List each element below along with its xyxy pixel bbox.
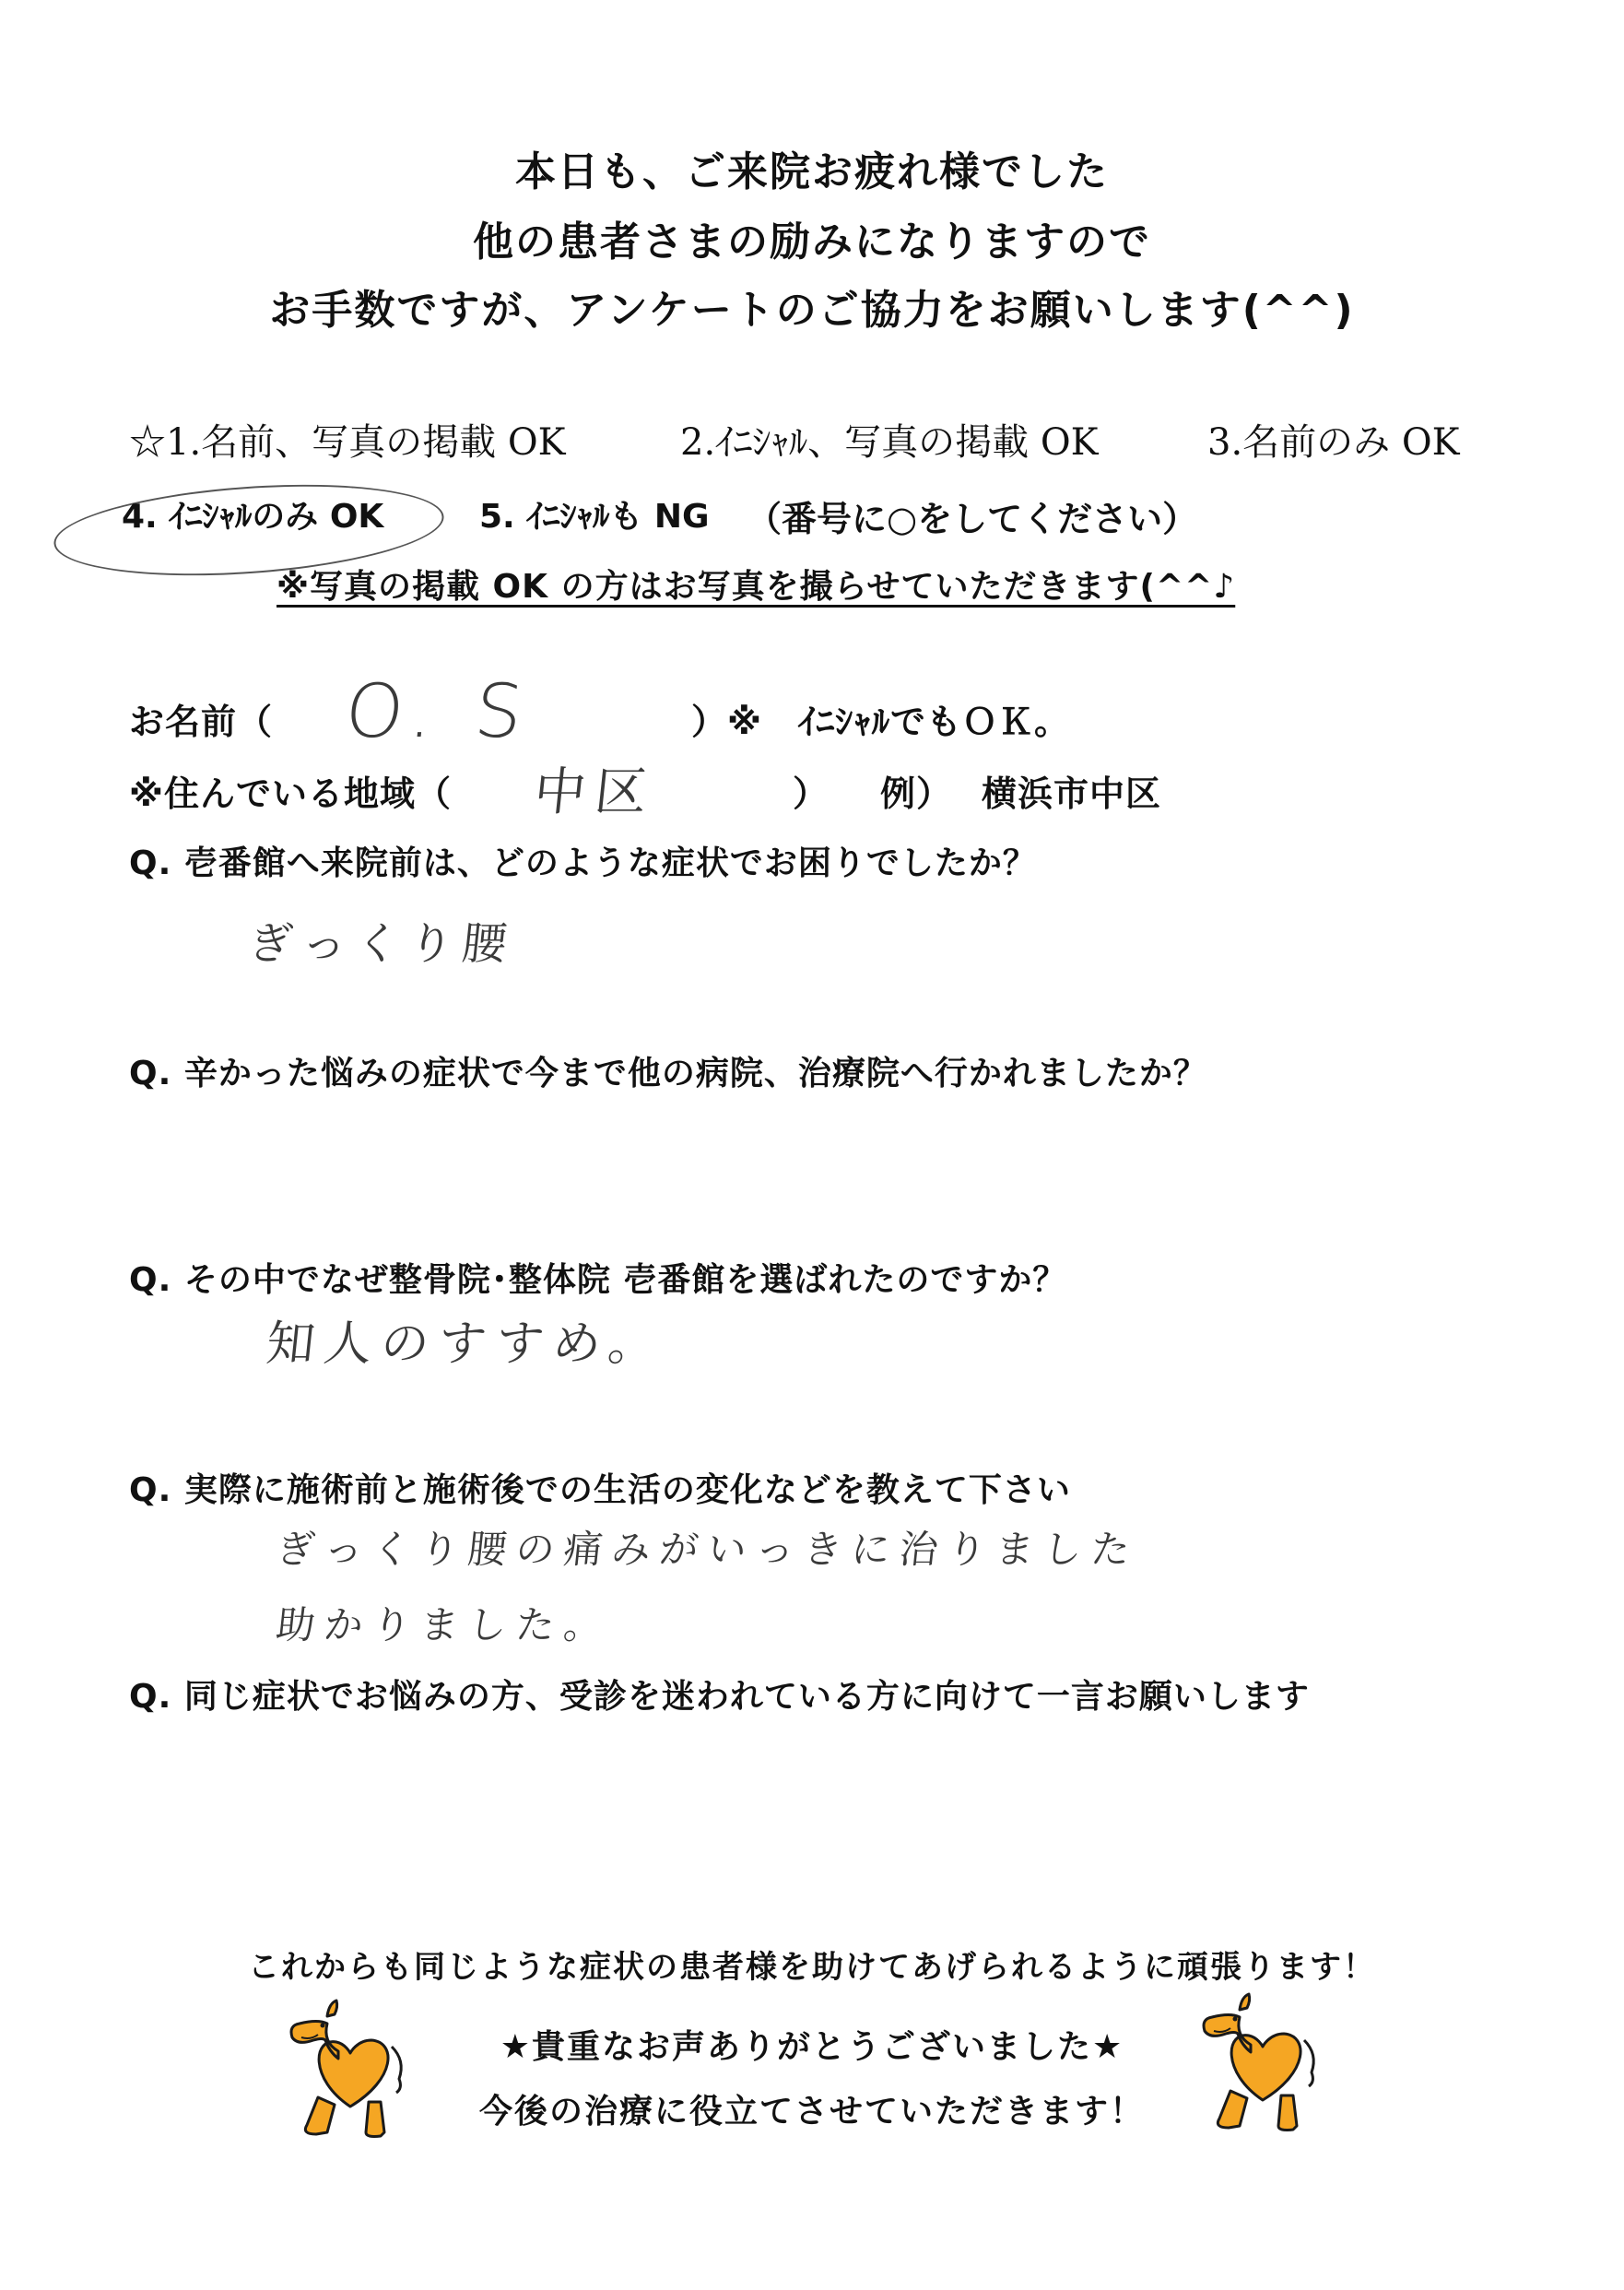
consent-option-5[interactable]: 5. ｲﾆｼｬﾙも NG bbox=[479, 490, 710, 537]
area-input[interactable]: 中区 bbox=[531, 751, 660, 825]
camel-mascot-icon-left bbox=[281, 1987, 419, 2143]
name-close-note: ）※ ｲﾆｼｬﾙでもＯＫ。 bbox=[691, 693, 1070, 744]
option-label: ｲﾆｼｬﾙ、写真の掲載 OK bbox=[715, 421, 1098, 464]
option-number: ☆1. bbox=[129, 421, 201, 464]
header-line-3: お手数ですが、アンケートのご協力をお願いします(^^) bbox=[0, 277, 1624, 336]
question-1: Q. 壱番館へ来院前は、どのような症状でお困りでしたか？ bbox=[129, 837, 1037, 884]
photo-note: ※写真の掲載 OK の方はお写真を撮らせていただきます(^^♪ bbox=[277, 561, 1235, 608]
answer-5-empty[interactable] bbox=[184, 1733, 1475, 1899]
question-4: Q. 実際に施術前と施術後での生活の変化などを教えて下さい bbox=[129, 1464, 1071, 1511]
header-line-2: 他の患者さまの励みになりますので bbox=[0, 208, 1624, 267]
name-input[interactable]: O. S bbox=[341, 668, 535, 754]
consent-option-1[interactable]: ☆1.名前、写真の掲載 OK bbox=[129, 413, 566, 466]
option-label: ｲﾆｼｬﾙも NG bbox=[526, 498, 709, 536]
question-3: Q. その中でなぜ整骨院･整体院 壱番館を選ばれたのですか？ bbox=[129, 1254, 1066, 1301]
consent-option-4[interactable]: 4. ｲﾆｼｬﾙのみ OK bbox=[122, 490, 383, 537]
question-5: Q. 同じ症状でお悩みの方、受診を迷われている方に向けて一言お願いします bbox=[129, 1670, 1310, 1717]
footer-line-2: ★貴重なお声ありがとうございました★ bbox=[0, 2021, 1624, 2068]
camel-mascot-icon-right bbox=[1194, 1980, 1332, 2137]
option-label: ｲﾆｼｬﾙのみ OK bbox=[169, 498, 383, 536]
option-label: 名前、写真の掲載 OK bbox=[201, 421, 565, 464]
circle-instruction: （番号に○をしてください） bbox=[747, 490, 1197, 541]
answer-3-line-1[interactable]: 知人のすすめ。 bbox=[264, 1304, 669, 1374]
name-label: お名前（ bbox=[129, 693, 273, 744]
answer-1-line-1[interactable]: ぎっくり腰 bbox=[245, 908, 519, 972]
header-line-1: 本日も、ご来院お疲れ様でした bbox=[0, 138, 1624, 197]
area-label: ※住んでいる地域（ bbox=[129, 765, 452, 816]
area-example-value: 横浜市中区 bbox=[982, 765, 1161, 816]
answer-4-line-2[interactable]: 助かりました。 bbox=[274, 1595, 615, 1650]
option-number: 2. bbox=[680, 421, 715, 464]
option-number: 5. bbox=[479, 498, 515, 536]
consent-option-2[interactable]: 2.ｲﾆｼｬﾙ、写真の掲載 OK bbox=[680, 413, 1099, 466]
answer-4-line-1[interactable]: ぎっくり腰の痛みがいっきに治りました bbox=[274, 1519, 1142, 1575]
footer-line-1: これからも同じような症状の患者様を助けてあげられるように頑張ります！ bbox=[0, 1942, 1624, 1987]
footer-line-3: 今後の治療に役立てさせていただきます！ bbox=[0, 2085, 1624, 2132]
area-example-label: 例） bbox=[880, 765, 952, 816]
option-label: 名前のみ OK bbox=[1242, 421, 1459, 464]
question-2: Q. 辛かった悩みの症状で今まで他の病院、治療院へ行かれましたか？ bbox=[129, 1047, 1207, 1094]
consent-option-3[interactable]: 3.名前のみ OK bbox=[1207, 413, 1460, 466]
area-close: ） bbox=[793, 765, 829, 816]
answer-2-empty[interactable] bbox=[184, 1106, 1383, 1217]
option-number: 3. bbox=[1207, 421, 1242, 464]
option-number: 4. bbox=[122, 498, 158, 536]
